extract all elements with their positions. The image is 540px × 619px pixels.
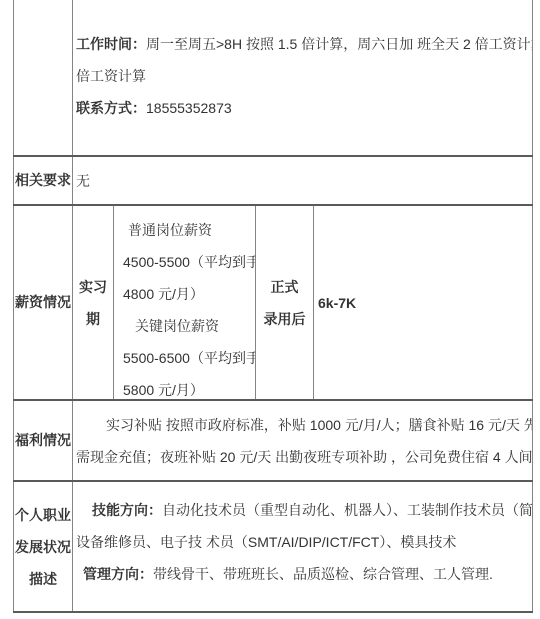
skill-direction-text-wrap: 设备维修员、电子技 术员（SMT/AI/DIP/ICT/FCT）、模具技术: [76, 534, 456, 550]
normal-post-salary-avg: 4800 元/月）: [123, 278, 252, 310]
contact-phone: 18555352873: [146, 100, 232, 116]
job-info-table: 工作时间：周一至周五>8H 按照 1.5 倍计算，周六日加 班全天 2 倍工资计…: [13, 0, 533, 613]
document-page: 工作时间：周一至周五>8H 按照 1.5 倍计算，周六日加 班全天 2 倍工资计…: [0, 0, 540, 619]
career-label-line-2: 发展状况: [15, 531, 71, 563]
work-time-label-cell: [13, 0, 72, 155]
work-time-line-1: 工作时间：周一至周五>8H 按照 1.5 倍计算，周六日加 班全天 2 倍工资计…: [76, 28, 527, 60]
intern-salary-cell: 普通岗位薪资 4500-5500（平均到手 4800 元/月） 关键岗位薪资 5…: [113, 206, 255, 399]
key-post-salary-avg: 5800 元/月）: [123, 374, 252, 399]
requirements-label: 相关要求: [13, 157, 72, 204]
work-time-content-cell: 工作时间：周一至周五>8H 按照 1.5 倍计算，周六日加 班全天 2 倍工资计…: [72, 0, 533, 155]
skill-direction-text: 自动化技术员（重型自动化、机器人）、工装制作技术员（简易自动化）、: [162, 502, 533, 518]
benefits-label: 福利情况: [13, 401, 72, 480]
contact-label: 联系方式：: [76, 100, 146, 116]
formal-hire-line-1: 正式: [271, 271, 299, 303]
career-label-line-1: 个人职业: [15, 499, 71, 531]
skill-direction-wrap-line: 设备维修员、电子技 术员（SMT/AI/DIP/ICT/FCT）、模具技术: [76, 526, 527, 558]
benefits-content-cell: 实习补贴 按照市政府标准，补贴 1000 元/月/人；膳食补贴 16 元/天 先…: [72, 401, 533, 480]
requirements-value: 无: [72, 157, 533, 204]
row-career-development: 个人职业 发展状况 描述 技能方向：自动化技术员（重型自动化、机器人）、工装制作…: [13, 482, 533, 613]
intern-period-line-1: 实习: [79, 271, 107, 303]
formal-hire-line-2: 录用后: [264, 303, 306, 335]
intern-period-cell: 实习 期: [72, 206, 113, 399]
work-time-text-wrap: 倍工资计算: [76, 68, 146, 84]
normal-post-salary-title: 普通岗位薪资: [123, 214, 252, 246]
career-content-cell: 技能方向：自动化技术员（重型自动化、机器人）、工装制作技术员（简易自动化）、 设…: [72, 482, 533, 611]
intern-period-line-2: 期: [86, 303, 100, 335]
row-work-time: 工作时间：周一至周五>8H 按照 1.5 倍计算，周六日加 班全天 2 倍工资计…: [13, 0, 533, 157]
contact-line: 联系方式：18555352873: [76, 92, 527, 124]
row-benefits: 福利情况 实习补贴 按照市政府标准，补贴 1000 元/月/人；膳食补贴 16 …: [13, 401, 533, 482]
benefits-line-1: 实习补贴 按照市政府标准，补贴 1000 元/月/人；膳食补贴 16 元/天 先…: [76, 409, 527, 441]
row-requirements: 相关要求 无: [13, 157, 533, 206]
management-direction-text: 带线骨干、带班班长、品质巡检、综合管理、工人管理.: [153, 566, 493, 582]
career-label-cell: 个人职业 发展状况 描述: [13, 482, 72, 611]
formal-hire-cell: 正式 录用后: [255, 206, 313, 399]
work-time-line-2: 倍工资计算: [76, 60, 527, 92]
management-direction-line: 管理方向：带线骨干、带班班长、品质巡检、综合管理、工人管理.: [76, 558, 527, 590]
work-time-text: 周一至周五>8H 按照 1.5 倍计算，周六日加 班全天 2 倍工资计算，法假 …: [146, 36, 533, 52]
normal-post-salary-range: 4500-5500（平均到手: [123, 246, 252, 278]
formal-salary-value: 6k-7K: [313, 206, 533, 399]
career-label-line-3: 描述: [29, 563, 57, 595]
benefits-line-2: 需现金充值；夜班补贴 20 元/天 出勤夜班专项补助 ，公司免费住宿 4 人间.: [76, 441, 527, 473]
key-post-salary-range: 5500-6500（平均到手: [123, 342, 252, 374]
management-direction-label: 管理方向：: [83, 566, 153, 582]
salary-label: 薪资情况: [13, 206, 72, 399]
work-time-label: 工作时间：: [76, 36, 146, 52]
skill-direction-line: 技能方向：自动化技术员（重型自动化、机器人）、工装制作技术员（简易自动化）、: [76, 494, 527, 526]
row-salary: 薪资情况 实习 期 普通岗位薪资 4500-5500（平均到手 4800 元/月…: [13, 206, 533, 401]
key-post-salary-title: 关键岗位薪资: [123, 310, 252, 342]
skill-direction-label: 技能方向：: [92, 502, 162, 518]
